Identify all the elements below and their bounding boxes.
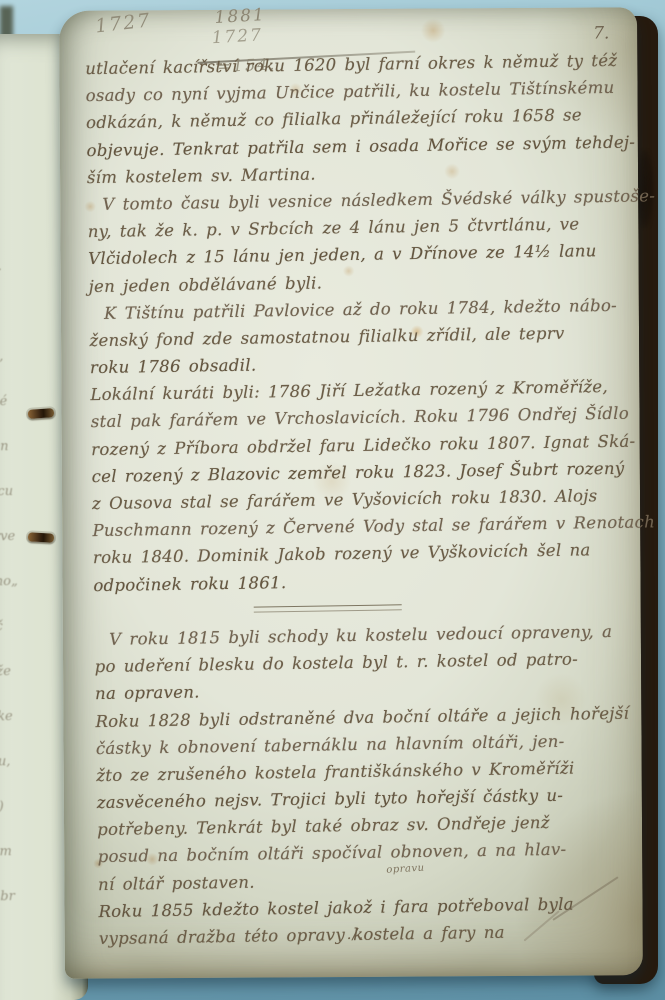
previous-page-text-fragment: u, [0,749,38,776]
previous-page-text-fragment: č [0,614,36,641]
continuation-mark: ./. [347,925,365,943]
previous-page-text-fragment: icu [0,479,33,506]
binding-stitch [28,408,55,419]
pencil-subtraction-note: 1881 1727 [208,5,268,48]
previous-page-text-fragment: no„ [0,569,35,596]
photo-backdrop: éžn.itn,kéenicurveno„čžekeu,)mbr 1727 18… [0,0,665,1000]
previous-page-text-fragment: it [0,299,30,326]
previous-page-text-fragment: ké [0,389,32,416]
previous-page-text-fragment: ž [0,209,29,236]
pencil-subtrahend: 1727 [211,25,267,48]
interlinear-correction: opravu [386,863,425,876]
previous-page-text-fragment: en [0,434,33,461]
previous-page-text-fragment: n. [0,254,30,281]
pencil-year-note: 1727 [94,9,152,37]
manuscript-text: utlačení kacířství roku 1620 byl farní o… [85,47,627,952]
binding-stitch [28,532,54,542]
previous-page-text-fragment: m [0,839,40,866]
previous-page-text-fragment: é [0,164,28,191]
manuscript-page: 1727 1881 1727 =154. 7. utlačení kacířst… [59,7,643,979]
previous-page-text-fragment: br [0,884,40,911]
previous-page-text-fragment: ) [0,794,39,821]
previous-page-text-fragment: n, [0,344,31,371]
previous-page-text-fragment: ke [0,704,37,731]
previous-page-text-fragment: že [0,659,37,686]
page-number: 7. [593,23,609,43]
